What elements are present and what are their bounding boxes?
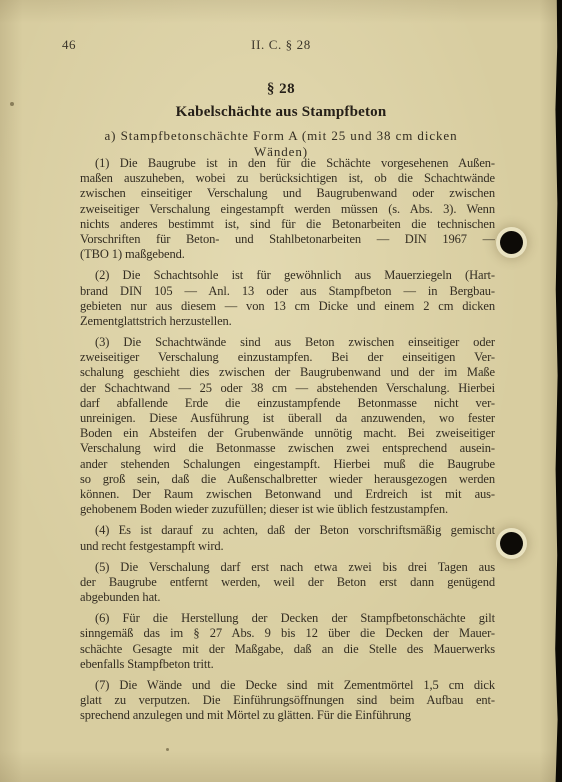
paragraph: (6) Für die Herstellung der Decken der S… [80,611,495,672]
text-line: maßen auszuheben, wobei zu berücksichtig… [80,171,495,186]
section-title: Kabelschächte aus Stampfbeton [74,104,488,121]
text-line: zweiseitiger Verschalung eingestampft we… [80,202,495,217]
punch-hole-bottom [500,532,523,555]
text-line: brand DIN 105 — Anl. 13 oder aus Stampfb… [80,284,495,299]
text-line: der Schachtwand — 25 oder 38 cm — absteh… [80,381,495,396]
text-line: zweiseitiger Verschalung einzustampfen. … [80,350,495,365]
text-line: (5) Die Verschalung darf erst nach etwa … [80,560,495,575]
binding-edge-ragged [554,0,562,782]
text-line: (6) Für die Herstellung der Decken der S… [80,611,495,626]
text-line: nichts anderes bestimmt ist, sind für di… [80,217,495,232]
text-line: sinngemäß das im § 27 Abs. 9 bis 12 über… [80,626,495,641]
text-line: (1) Die Baugrube ist in den für die Schä… [80,156,495,171]
text-line: Boden ein Absteifen der Grubenwände unnö… [80,426,495,441]
punch-hole-top [500,231,523,254]
section-number: § 28 [74,81,488,98]
paragraph: (7) Die Wände und die Decke sind mit Zem… [80,678,495,724]
paragraph: (3) Die Schachtwände sind aus Beton zwis… [80,335,495,517]
text-line: glatt zu verputzen. Die Einführungsöffnu… [80,693,495,708]
text-line: so groß sein, daß die Außenschalbretter … [80,472,495,487]
paper-speck [10,102,14,106]
scanned-document-page: 46 II. C. § 28 § 28 Kabelschächte aus St… [0,0,562,782]
paragraph: (2) Die Schachtsohle ist für gewöhnlich … [80,268,495,329]
text-line: (3) Die Schachtwände sind aus Beton zwis… [80,335,495,350]
paragraph: (1) Die Baugrube ist in den für die Schä… [80,156,495,262]
text-line: schächte Gesagte mit der Maßgabe, daß an… [80,642,495,657]
text-line: darf abfallende Erde die einzustampfende… [80,396,495,411]
body-text: (1) Die Baugrube ist in den für die Schä… [80,156,495,730]
text-line: können. Der Raum zwischen Betonwand und … [80,487,495,502]
paragraph: (4) Es ist darauf zu achten, daß der Bet… [80,523,495,553]
running-header: II. C. § 28 [0,37,562,53]
text-line: zwischen einseitiger Verschalung und Bau… [80,186,495,201]
text-line: (7) Die Wände und die Decke sind mit Zem… [80,678,495,693]
text-line: und recht festgestampft wird. [80,539,495,554]
text-line: gebieten nur aus diesem — von 13 cm Dick… [80,299,495,314]
text-line: (2) Die Schachtsohle ist für gewöhnlich … [80,268,495,283]
text-line: ebenfalls Stampfbeton tritt. [80,657,495,672]
text-line: gehobenem Boden wieder zuzufüllen; diese… [80,502,495,517]
text-line: abgebunden hat. [80,590,495,605]
paragraph: (5) Die Verschalung darf erst nach etwa … [80,560,495,606]
text-line: Verschalung wird die Betonmasse zwischen… [80,441,495,456]
text-line: ander stehenden Schalungen eingestampft.… [80,457,495,472]
text-line: (4) Es ist darauf zu achten, daß der Bet… [80,523,495,538]
text-line: sprechend anzulegen und mit Mörtel zu gl… [80,708,495,723]
text-line: (TBO 1) maßgebend. [80,247,495,262]
text-line: schalung geschieht dies zwischen der Bau… [80,365,495,380]
subsection-heading: a) Stampfbetonschächte Form A (mit 25 un… [74,128,488,159]
text-line: Vorschriften für Beton- und Stahlbetonar… [80,232,495,247]
paper-speck [166,748,169,751]
subsection-heading-line1: a) Stampfbetonschächte Form A (mit 25 un… [74,128,488,144]
text-line: unreinigen. Diese Ausführung ist überall… [80,411,495,426]
running-header-row: 46 II. C. § 28 [0,37,562,53]
text-line: Zementglattstrich herzustellen.15 [80,314,495,329]
text-line: der Baugrube entfernt werden, weil der B… [80,575,495,590]
section-headings: § 28 Kabelschächte aus Stampfbeton a) St… [74,81,488,159]
